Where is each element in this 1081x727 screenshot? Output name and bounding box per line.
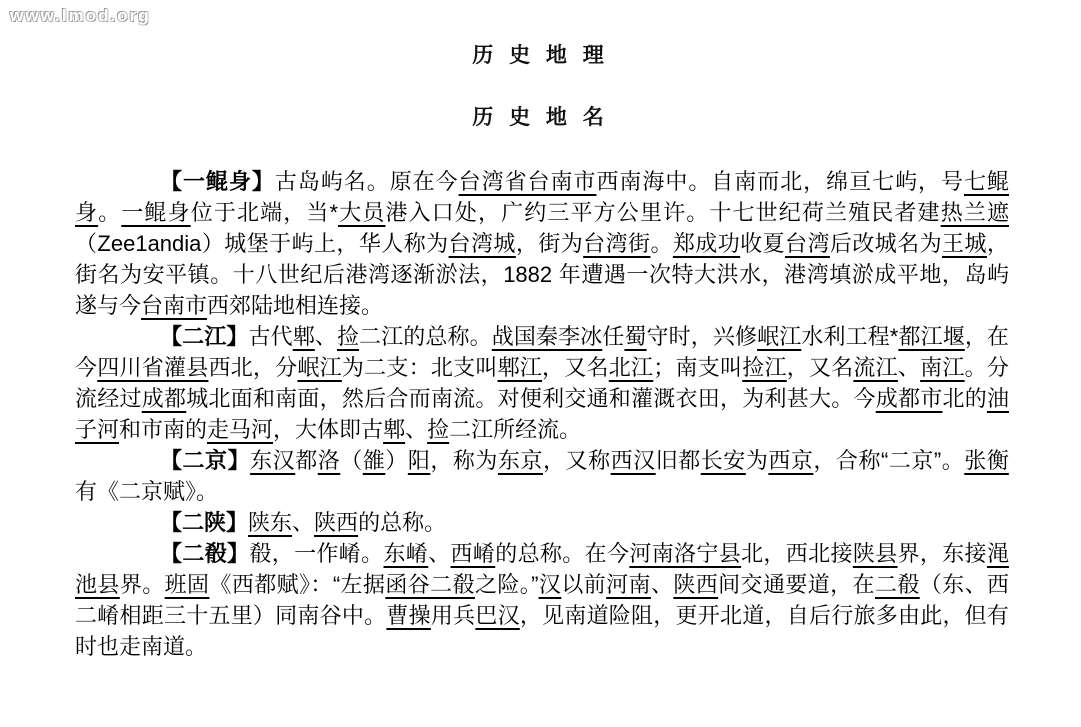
- text-run: 、: [651, 572, 673, 597]
- underlined-term: 走马河: [207, 417, 273, 442]
- text-run: 、: [315, 324, 337, 349]
- underlined-term: 曹操: [386, 603, 430, 628]
- underlined-term: 巴汉: [475, 603, 519, 628]
- underlined-term: 陕东: [248, 510, 292, 535]
- text-run: 收夏: [740, 231, 785, 256]
- entry-headword: 【二京】: [160, 448, 250, 473]
- text-run: 守时，兴修: [647, 324, 758, 349]
- underlined-term: 郫: [383, 417, 405, 442]
- underlined-term: 雒: [363, 448, 386, 473]
- underlined-term: 长安: [701, 448, 746, 473]
- text-run: 二江的总称。: [359, 324, 492, 349]
- underlined-term: 岷江: [757, 324, 801, 349]
- text-run: ，又名: [787, 355, 854, 380]
- text-run: 用兵: [431, 603, 475, 628]
- entry-headword: 【二江】: [160, 324, 248, 349]
- entry-paragraph: 【二江】古代郫、捡二江的总称。战国秦李冰任蜀守时，兴修岷江水利工程*都江堰，在今…: [75, 321, 1009, 445]
- underlined-term: 东京: [498, 448, 543, 473]
- text-run: 《西都赋》：“左据: [209, 572, 385, 597]
- text-run: 旧都: [656, 448, 701, 473]
- entry-paragraph: 【二殽】殽，一作崤。东崤、西崤的总称。在今河南洛宁县北，西北接陕县界，东接渑池县…: [75, 538, 1009, 662]
- underlined-term: 蜀: [624, 324, 646, 349]
- text-run: 位于北端，当*: [191, 200, 338, 225]
- text-run: ，又名: [542, 355, 609, 380]
- text-run: 界。: [120, 572, 165, 597]
- underlined-term: 捡: [427, 417, 449, 442]
- text-run: 任: [602, 324, 624, 349]
- text-run: 。: [98, 200, 121, 225]
- underlined-term: 流江: [853, 355, 897, 380]
- underlined-term: 台湾: [785, 231, 830, 256]
- underlined-term: 王城: [942, 231, 987, 256]
- underlined-term: 台南市: [141, 293, 207, 318]
- underlined-term: 台湾城: [449, 231, 516, 256]
- underlined-term: 东崤: [383, 541, 428, 566]
- text-run: 的总称。: [358, 510, 446, 535]
- section-title: 历 史 地 名: [0, 67, 1081, 129]
- underlined-term: 洛: [318, 448, 341, 473]
- text-run: 水利工程*: [801, 324, 898, 349]
- underlined-term: 东汉: [250, 448, 295, 473]
- text-run: 西南海中。自南而北，绵亘七屿，号: [596, 169, 964, 194]
- underlined-term: 热兰遮: [941, 200, 1009, 225]
- underlined-term: 郫: [293, 324, 315, 349]
- underlined-term: 西崤: [451, 541, 496, 566]
- text-run: 西郊陆地相连接。: [207, 293, 383, 318]
- underlined-term: 郫江: [498, 355, 542, 380]
- text-run: 以前: [561, 572, 606, 597]
- underlined-term: 班固: [165, 572, 210, 597]
- text-run: ，称为: [430, 448, 498, 473]
- underlined-term: 阳: [408, 448, 431, 473]
- underlined-term: 汉: [539, 572, 562, 597]
- underlined-term: 台湾省台南市: [459, 169, 597, 194]
- underlined-term: 南江: [920, 355, 964, 380]
- text-run: 有《二京赋》。: [75, 479, 218, 504]
- text-run: ，大体即古: [273, 417, 383, 442]
- text-run: 都: [295, 448, 318, 473]
- entry-paragraph: 【二陕】陕东、陕西的总称。: [75, 507, 1009, 538]
- document-page: www.lmod.org 历 史 地 理 历 史 地 名 【一鲲身】古岛屿名。原…: [0, 0, 1081, 727]
- underlined-term: 陕县: [853, 541, 898, 566]
- text-run: 界，东接: [898, 541, 987, 566]
- text-run: 、: [405, 417, 427, 442]
- underlined-term: 河南: [606, 572, 651, 597]
- text-run: ，又称: [543, 448, 611, 473]
- text-run: 为: [746, 448, 769, 473]
- text-run: 的总称。在今: [495, 541, 629, 566]
- text-run: 间交通要道，在: [718, 572, 875, 597]
- text-run: 和市南的: [119, 417, 207, 442]
- underlined-term: 一鲲身: [121, 200, 190, 225]
- entry-headword: 【二殽】: [160, 541, 249, 566]
- text-run: 城北面和南面，然后合而南流。对便利交通和灌溉衣田，为利甚大。今: [186, 386, 876, 411]
- underlined-term: 大员: [338, 200, 385, 225]
- text-run: 北的: [942, 386, 986, 411]
- underlined-term: 张衡: [964, 448, 1009, 473]
- text-run: ；南支叫: [653, 355, 742, 380]
- text-run: 港入口处，广约三平方公里许。十七世纪荷兰殖民者建: [385, 200, 940, 225]
- entry-paragraph: 【二京】东汉都洛（雒）阳，称为东京，又称西汉旧都长安为西京，合称“二京”。张衡有…: [75, 445, 1009, 507]
- text-run: 殽，一作崤。: [249, 541, 383, 566]
- underlined-term: 陕西: [673, 572, 718, 597]
- text-run: 北，西北接: [741, 541, 853, 566]
- watermark: www.lmod.org: [10, 6, 150, 26]
- underlined-term: 河南洛宁县: [629, 541, 741, 566]
- text-run: 、: [428, 541, 450, 566]
- underlined-term: 陕西: [314, 510, 358, 535]
- underlined-term: 郑成功: [673, 231, 740, 256]
- text-run: 、: [292, 510, 314, 535]
- entries: 【一鲲身】古岛屿名。原在今台湾省台南市西南海中。自南而北，绵亘七屿，号七鲲身。一…: [0, 166, 1081, 662]
- text-run: 二江所经流。: [449, 417, 581, 442]
- entry-headword: 【一鲲身】: [160, 169, 275, 194]
- underlined-term: 西京: [768, 448, 813, 473]
- underlined-term: 二殽: [875, 572, 920, 597]
- underlined-term: 北江: [609, 355, 653, 380]
- text-run: 为二支：北支叫: [342, 355, 498, 380]
- text-run: 、: [898, 355, 920, 380]
- underlined-term: 四川省灌县: [97, 355, 208, 380]
- underlined-term: 捡: [337, 324, 359, 349]
- underlined-term: 成都市: [876, 386, 943, 411]
- underlined-term: 都江堰: [898, 324, 964, 349]
- text-run: 西北，分: [208, 355, 297, 380]
- entry-headword: 【二陕】: [160, 510, 248, 535]
- underlined-term: 岷江: [297, 355, 341, 380]
- underlined-term: 捡江: [742, 355, 786, 380]
- entry-paragraph: 【一鲲身】古岛屿名。原在今台湾省台南市西南海中。自南而北，绵亘七屿，号七鲲身。一…: [75, 166, 1009, 321]
- text-run: ）: [385, 448, 408, 473]
- text-run: 。: [650, 231, 672, 256]
- page-title: 历 史 地 理: [0, 0, 1081, 67]
- text-run: （Zee1andia）城堡于屿上，华人称为: [75, 231, 449, 256]
- text-run: （: [340, 448, 363, 473]
- text-run: 后改城名为: [830, 231, 942, 256]
- text-run: 古岛屿名。原在今: [275, 169, 459, 194]
- underlined-term: 成都: [142, 386, 186, 411]
- text-run: ，街为: [516, 231, 583, 256]
- text-run: 古代: [248, 324, 292, 349]
- underlined-term: 战国秦李冰: [492, 324, 603, 349]
- text-run: ，合称“二京”。: [813, 448, 964, 473]
- text-run: 之险。”: [475, 572, 539, 597]
- underlined-term: 西汉: [611, 448, 656, 473]
- underlined-term: 函谷二殽: [385, 572, 475, 597]
- underlined-term: 台湾街: [583, 231, 650, 256]
